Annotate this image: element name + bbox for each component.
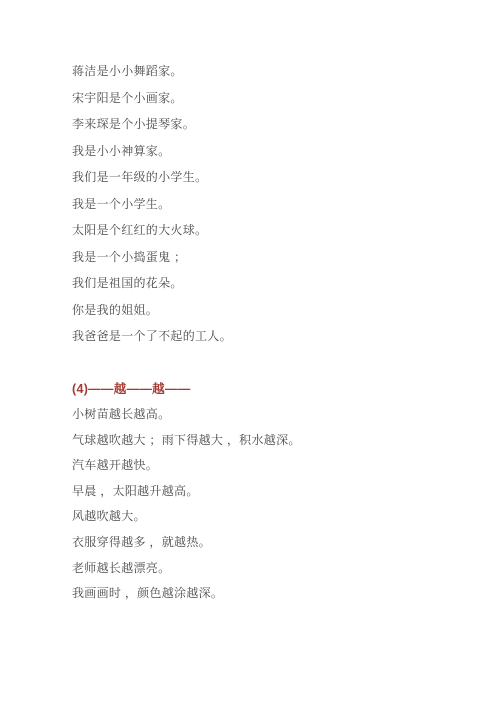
document-page: 蒋洁是小小舞蹈家。 宋宇阳是个小画家。 李来琛是个小提琴家。 我是小小神算家。 … xyxy=(0,0,499,706)
sentence-line: 我们是一年级的小学生。 xyxy=(72,170,463,184)
sentence-line: 汽车越开越快。 xyxy=(72,458,463,472)
sentence-line: 气球越吹越大 ；雨下得越大 ，积水越深。 xyxy=(72,433,463,447)
sentence-line: 衣服穿得越多 ，就越热。 xyxy=(72,535,463,549)
sentence-line: 宋宇阳是个小画家。 xyxy=(72,91,463,105)
sentence-line: 我是一个小学生。 xyxy=(72,197,463,211)
sentence-line: 我是小小神算家。 xyxy=(72,144,463,158)
sentence-line: 我爸爸是一个了不起的工人。 xyxy=(72,329,463,343)
sentence-line: 早晨 ，太阳越升越高。 xyxy=(72,484,463,498)
sentence-line: 我是一个小捣蛋鬼 ； xyxy=(72,250,463,264)
section-heading: (4)——越——越—— xyxy=(72,382,463,396)
sentence-line: 老师越长越漂亮。 xyxy=(72,561,463,575)
sentence-line: 李来琛是个小提琴家。 xyxy=(72,117,463,131)
sentence-line: 太阳是个红红的大火球。 xyxy=(72,223,463,237)
sentence-list-bottom: 小树苗越长越高。 气球越吹越大 ；雨下得越大 ，积水越深。 汽车越开越快。 早晨… xyxy=(72,407,463,600)
sentence-line: 小树苗越长越高。 xyxy=(72,407,463,421)
sentence-line: 风越吹越大。 xyxy=(72,509,463,523)
sentence-line: 蒋洁是小小舞蹈家。 xyxy=(72,64,463,78)
sentence-list-top: 蒋洁是小小舞蹈家。 宋宇阳是个小画家。 李来琛是个小提琴家。 我是小小神算家。 … xyxy=(72,64,463,343)
sentence-line: 你是我的姐姐。 xyxy=(72,303,463,317)
document-content: 蒋洁是小小舞蹈家。 宋宇阳是个小画家。 李来琛是个小提琴家。 我是小小神算家。 … xyxy=(72,64,463,612)
sentence-line: 我画画时 ，颜色越涂越深。 xyxy=(72,586,463,600)
sentence-line: 我们是祖国的花朵。 xyxy=(72,276,463,290)
